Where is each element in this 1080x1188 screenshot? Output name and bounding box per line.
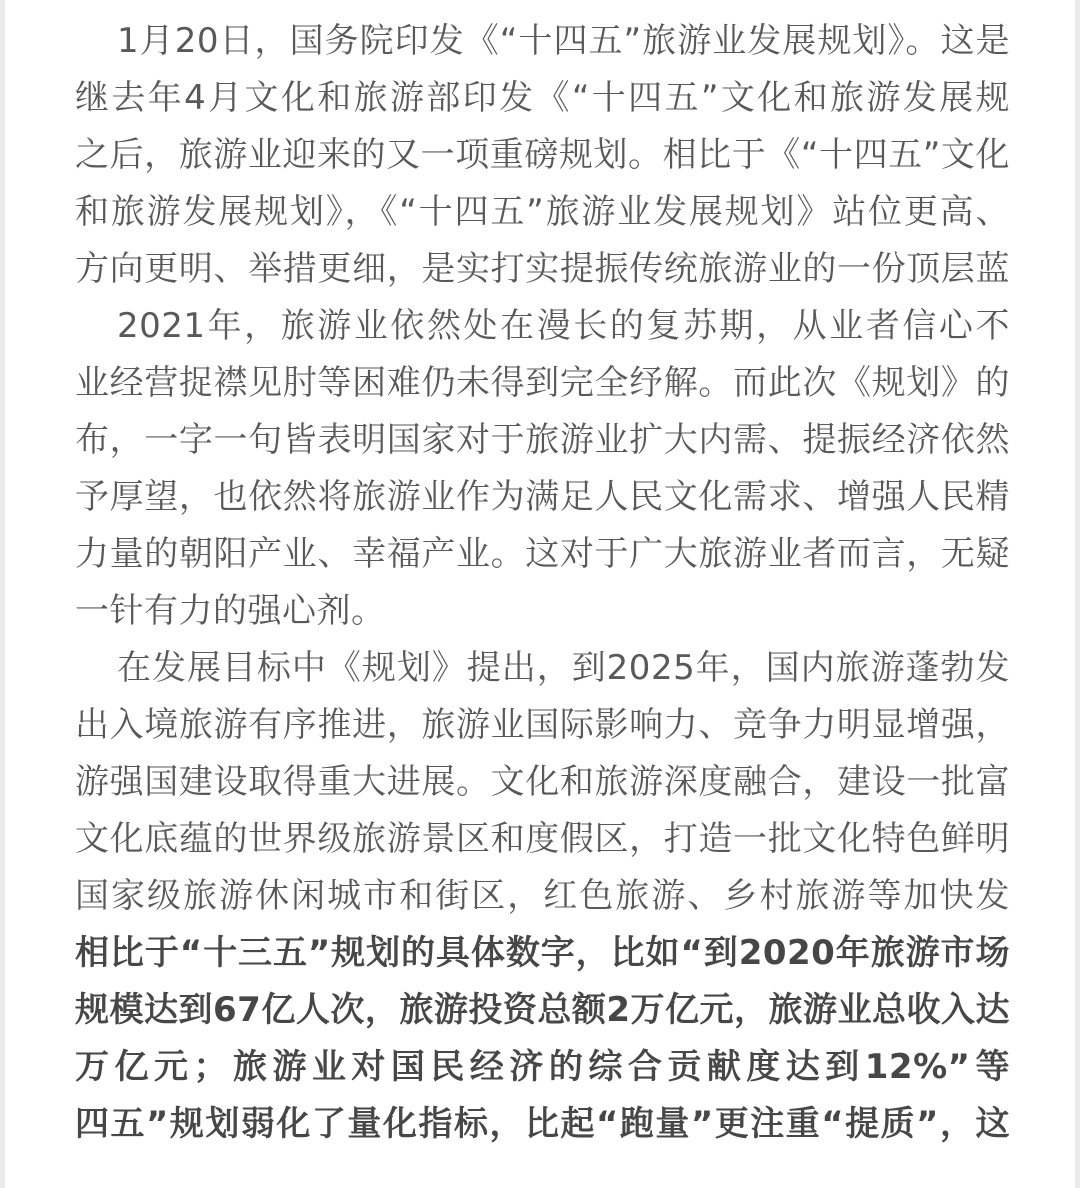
article-line: 国家级旅游休闲城市和街区，红色旅游、乡村旅游等加快发展。 bbox=[75, 868, 1010, 925]
article-line: 文化底蕴的世界级旅游景区和度假区，打造一批文化特色鲜明的 bbox=[75, 811, 1010, 868]
article-line: 业经营捉襟见肘等困难仍未得到完全纾解。而此次《规划》的发 bbox=[75, 355, 1010, 412]
article-line: 布，一字一句皆表明国家对于旅游业扩大内需、提振经济依然寄 bbox=[75, 412, 1010, 469]
article-line-emphasis: 相比于“十三五”规划的具体数字，比如“到2020年旅游市场总 bbox=[75, 925, 1010, 982]
article-line: 游强国建设取得重大进展。文化和旅游深度融合，建设一批富有 bbox=[75, 754, 1010, 811]
article-line: 一针有力的强心剂。 bbox=[75, 583, 1010, 640]
article-line: 方向更明、举措更细，是实打实提振传统旅游业的一份顶层蓝图。 bbox=[75, 241, 1010, 298]
article-line-emphasis: 规模达到67亿人次，旅游投资总额2万亿元，旅游业总收入达到7 bbox=[75, 982, 1010, 1039]
article-line: 出入境旅游有序推进，旅游业国际影响力、竞争力明显增强，旅 bbox=[75, 697, 1010, 754]
article-line: 之后，旅游业迎来的又一项重磅规划。相比于《“十四五”文化 bbox=[75, 127, 1010, 184]
article-line: 继去年4月文化和旅游部印发《“十四五”文化和旅游发展规划》 bbox=[75, 70, 1010, 127]
article-line: 和旅游发展规划》，《“十四五”旅游业发展规划》站位更高、 bbox=[75, 184, 1010, 241]
article-line-emphasis: 四五”规划弱化了量化指标，比起“跑量”更注重“提质”，这 bbox=[75, 1096, 1010, 1153]
article-line-emphasis: 万亿元；旅游业对国民经济的综合贡献度达到12%”等等，“十 bbox=[75, 1039, 1010, 1096]
article-line: 在发展目标中《规划》提出，到2025年，国内旅游蓬勃发展， bbox=[75, 640, 1010, 697]
article-line: 力量的朝阳产业、幸福产业。这对于广大旅游业者而言，无疑是 bbox=[75, 526, 1010, 583]
article-line: 1月20日，国务院印发《“十四五”旅游业发展规划》。这是 bbox=[75, 13, 1010, 70]
article-page: 1月20日，国务院印发《“十四五”旅游业发展规划》。这是 继去年4月文化和旅游部… bbox=[5, 0, 1075, 1188]
article-line: 予厚望，也依然将旅游业作为满足人民文化需求、增强人民精神 bbox=[75, 469, 1010, 526]
article-line: 2021年，旅游业依然处在漫长的复苏期，从业者信心不足、企 bbox=[75, 298, 1010, 355]
